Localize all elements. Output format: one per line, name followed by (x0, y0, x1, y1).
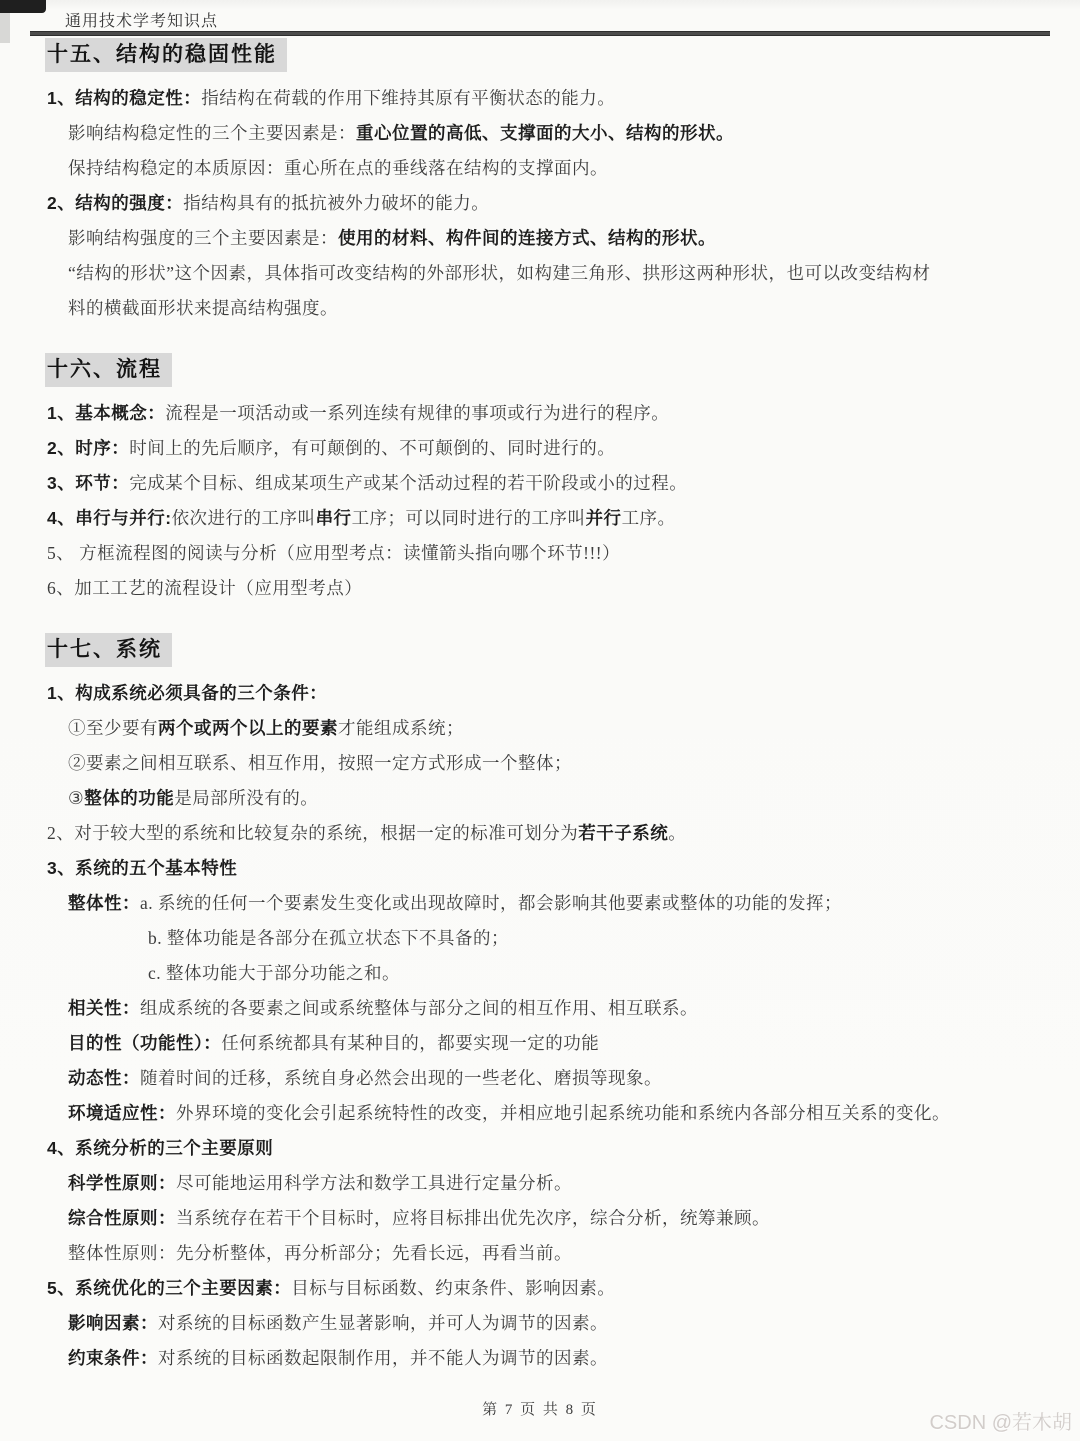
text-line: 2、结构的强度：指结构具有的抵抗被外力破坏的能力。 (47, 186, 1050, 221)
text-segment-bold: 动态性： (68, 1068, 140, 1088)
text-segment: 任何系统都具有某种目的，都要实现一定的功能 (221, 1033, 599, 1053)
text-segment-bold: 环境适应性： (68, 1103, 176, 1123)
section-1: 十五、结构的稳固性能1、结构的稳定性：指结构在荷载的作用下维持其原有平衡状态的能… (45, 38, 1050, 326)
text-segment-bold: 5、系统优化的三个主要因素： (47, 1278, 291, 1298)
text-segment-bold: 整体性： (68, 893, 140, 913)
csdn-watermark: CSDN @若木胡 (929, 1406, 1072, 1435)
text-segment: 工序；可以同时进行的工序叫 (352, 508, 586, 528)
text-line: 3、环节：完成某个目标、组成某项生产或某个活动过程的若干阶段或小的过程。 (47, 466, 1050, 501)
text-line: 保持结构稳定的本质原因：重心所在点的垂线落在结构的支撑面内。 (68, 151, 1050, 186)
text-line: 料的横截面形状来提高结构强度。 (68, 291, 1050, 326)
text-line: 1、结构的稳定性：指结构在荷载的作用下维持其原有平衡状态的能力。 (47, 81, 1050, 116)
section-heading: 十七、系统 (45, 633, 1050, 667)
text-line: 5、 方框流程图的阅读与分析（应用型考点：读懂箭头指向哪个环节!!!） (47, 536, 1050, 571)
text-line: 影响因素：对系统的目标函数产生显著影响，并可人为调节的因素。 (68, 1306, 1050, 1341)
text-segment-bold: 1、基本概念： (47, 403, 165, 423)
text-segment-bold: 约束条件： (68, 1348, 158, 1368)
text-segment: 尽可能地运用科学方法和数学工具进行定量分析。 (176, 1173, 572, 1193)
section-2: 十六、流程1、基本概念：流程是一项活动或一系列连续有规律的事项或行为进行的程序。… (45, 353, 1050, 606)
text-segment-bold: 2、时序： (47, 438, 129, 458)
text-line: 6、加工工艺的流程设计（应用型考点） (47, 571, 1050, 606)
text-line: 4、串行与并行:依次进行的工序叫串行工序；可以同时进行的工序叫并行工序。 (47, 501, 1050, 536)
document-content: 十五、结构的稳固性能1、结构的稳定性：指结构在荷载的作用下维持其原有平衡状态的能… (45, 38, 1050, 1376)
text-line: 3、系统的五个基本特性 (47, 851, 1050, 886)
text-segment: 料的横截面形状来提高结构强度。 (68, 298, 338, 318)
text-segment-bold: 重心位置的高低、支撑面的大小、结构的形状。 (356, 123, 734, 143)
text-segment: 是局部所没有的。 (174, 788, 318, 808)
text-segment-bold: 使用的材料、构件间的连接方式、结构的形状。 (338, 228, 716, 248)
text-line: 约束条件：对系统的目标函数起限制作用，并不能人为调节的因素。 (68, 1341, 1050, 1376)
text-segment: 依次进行的工序叫 (172, 508, 316, 528)
text-segment: a. 系统的任何一个要素发生变化或出现故障时，都会影响其他要素或整体的功能的发挥… (140, 893, 842, 913)
text-segment: b. 整体功能是各部分在孤立状态下不具备的； (148, 928, 509, 948)
text-segment: 2、对于较大型的系统和比较复杂的系统，根据一定的标准可划分为 (47, 823, 578, 843)
text-line: 影响结构稳定性的三个主要因素是：重心位置的高低、支撑面的大小、结构的形状。 (68, 116, 1050, 151)
section-heading-text: 十五、结构的稳固性能 (45, 38, 287, 72)
text-line: 1、基本概念：流程是一项活动或一系列连续有规律的事项或行为进行的程序。 (47, 396, 1050, 431)
text-line: 相关性：组成系统的各要素之间或系统整体与部分之间的相互作用、相互联系。 (68, 991, 1050, 1026)
text-segment: c. 整体功能大于部分功能之和。 (148, 963, 400, 983)
text-segment: ①至少要有 (68, 718, 158, 738)
text-segment-bold: 1、构成系统必须具备的三个条件： (47, 683, 327, 703)
text-segment: 外界环境的变化会引起系统特性的改变，并相应地引起系统功能和系统内各部分相互关系的… (176, 1103, 950, 1123)
text-line: 2、对于较大型的系统和比较复杂的系统，根据一定的标准可划分为若干子系统。 (47, 816, 1050, 851)
text-segment: “结构的形状”这个因素，具体指可改变结构的外部形状，如构建三角形、拱形这两种形状… (68, 263, 931, 283)
text-segment: 指结构在荷载的作用下维持其原有平衡状态的能力。 (201, 88, 615, 108)
text-segment: 当系统存在若干个目标时，应将目标排出优先次序，综合分析，统筹兼顾。 (176, 1208, 770, 1228)
text-segment: 流程是一项活动或一系列连续有规律的事项或行为进行的程序。 (165, 403, 669, 423)
text-segment-bold: 并行 (586, 508, 622, 528)
text-segment-bold: 串行 (316, 508, 352, 528)
text-line: c. 整体功能大于部分功能之和。 (148, 956, 1050, 991)
text-segment: ②要素之间相互联系、相互作用，按照一定方式形成一个整体； (68, 753, 572, 773)
text-segment-bold: 影响因素： (68, 1313, 158, 1333)
text-segment-bold: 4、串行与并行: (47, 508, 172, 528)
text-line: 环境适应性：外界环境的变化会引起系统特性的改变，并相应地引起系统功能和系统内各部… (68, 1096, 1050, 1131)
text-segment: 目标与目标函数、约束条件、影响因素。 (291, 1278, 615, 1298)
text-segment: 。 (668, 823, 686, 843)
page-number-indicator: 第 7 页 共 8 页 (0, 1398, 1080, 1419)
text-segment: 才能组成系统； (338, 718, 464, 738)
scan-artifact-corner (0, 0, 46, 13)
text-segment: ③ (68, 788, 84, 808)
section-heading: 十五、结构的稳固性能 (45, 38, 1050, 72)
text-line: ①至少要有两个或两个以上的要素才能组成系统； (68, 711, 1050, 746)
text-segment: 5、 方框流程图的阅读与分析（应用型考点：读懂箭头指向哪个环节!!!） (47, 543, 620, 563)
text-segment: 对系统的目标函数起限制作用，并不能人为调节的因素。 (158, 1348, 608, 1368)
text-segment-bold: 1、结构的稳定性： (47, 88, 201, 108)
text-segment-bold: 综合性原则： (68, 1208, 176, 1228)
text-segment-bold: 科学性原则： (68, 1173, 176, 1193)
text-line: 影响结构强度的三个主要因素是：使用的材料、构件间的连接方式、结构的形状。 (68, 221, 1050, 256)
text-line: 整体性原则：先分析整体，再分析部分；先看长远，再看当前。 (68, 1236, 1050, 1271)
text-segment: 保持结构稳定的本质原因：重心所在点的垂线落在结构的支撑面内。 (68, 158, 608, 178)
text-segment: 组成系统的各要素之间或系统整体与部分之间的相互作用、相互联系。 (140, 998, 698, 1018)
document-header-title: 通用技术学考知识点 (65, 8, 218, 31)
text-line: 整体性：a. 系统的任何一个要素发生变化或出现故障时，都会影响其他要素或整体的功… (68, 886, 1050, 921)
section-heading: 十六、流程 (45, 353, 1050, 387)
text-segment: 对系统的目标函数产生显著影响，并可人为调节的因素。 (158, 1313, 608, 1333)
text-line: 动态性：随着时间的迁移，系统自身必然会出现的一些老化、磨损等现象。 (68, 1061, 1050, 1096)
text-segment: 6、加工工艺的流程设计（应用型考点） (47, 578, 362, 598)
section-heading-text: 十七、系统 (45, 633, 172, 667)
text-segment: 影响结构稳定性的三个主要因素是： (68, 123, 356, 143)
text-line: 2、时序：时间上的先后顺序，有可颠倒的、不可颠倒的、同时进行的。 (47, 431, 1050, 466)
text-segment: 影响结构强度的三个主要因素是： (68, 228, 338, 248)
text-segment-bold: 4、系统分析的三个主要原则 (47, 1138, 273, 1158)
text-line: 目的性（功能性）：任何系统都具有某种目的，都要实现一定的功能 (68, 1026, 1050, 1061)
text-segment: 指结构具有的抵抗被外力破坏的能力。 (183, 193, 489, 213)
text-segment: 时间上的先后顺序，有可颠倒的、不可颠倒的、同时进行的。 (129, 438, 615, 458)
text-segment: 整体性原则：先分析整体，再分析部分；先看长远，再看当前。 (68, 1243, 572, 1263)
text-segment-bold: 两个或两个以上的要素 (158, 718, 338, 738)
text-line: 1、构成系统必须具备的三个条件： (47, 676, 1050, 711)
text-segment: 随着时间的迁移，系统自身必然会出现的一些老化、磨损等现象。 (140, 1068, 662, 1088)
scan-artifact-edge (0, 13, 10, 43)
text-line: 5、系统优化的三个主要因素：目标与目标函数、约束条件、影响因素。 (47, 1271, 1050, 1306)
text-line: 4、系统分析的三个主要原则 (47, 1131, 1050, 1166)
text-line: ②要素之间相互联系、相互作用，按照一定方式形成一个整体； (68, 746, 1050, 781)
text-segment-bold: 整体的功能 (84, 788, 174, 808)
section-3: 十七、系统1、构成系统必须具备的三个条件：①至少要有两个或两个以上的要素才能组成… (45, 633, 1050, 1376)
section-heading-text: 十六、流程 (45, 353, 172, 387)
text-segment-bold: 若干子系统 (578, 823, 668, 843)
text-line: 综合性原则：当系统存在若干个目标时，应将目标排出优先次序，综合分析，统筹兼顾。 (68, 1201, 1050, 1236)
document-page: 通用技术学考知识点 十五、结构的稳固性能1、结构的稳定性：指结构在荷载的作用下维… (0, 0, 1080, 1441)
text-segment: 完成某个目标、组成某项生产或某个活动过程的若干阶段或小的过程。 (129, 473, 687, 493)
text-line: b. 整体功能是各部分在孤立状态下不具备的； (148, 921, 1050, 956)
text-segment-bold: 2、结构的强度： (47, 193, 183, 213)
text-segment-bold: 3、系统的五个基本特性 (47, 858, 237, 878)
text-segment: 工序。 (622, 508, 676, 528)
text-segment-bold: 3、环节： (47, 473, 129, 493)
text-segment-bold: 目的性（功能性）： (68, 1033, 221, 1053)
text-line: 科学性原则：尽可能地运用科学方法和数学工具进行定量分析。 (68, 1166, 1050, 1201)
text-line: ③整体的功能是局部所没有的。 (68, 781, 1050, 816)
header-divider-rule (30, 31, 1050, 36)
text-segment-bold: 相关性： (68, 998, 140, 1018)
text-line: “结构的形状”这个因素，具体指可改变结构的外部形状，如构建三角形、拱形这两种形状… (68, 256, 1050, 291)
